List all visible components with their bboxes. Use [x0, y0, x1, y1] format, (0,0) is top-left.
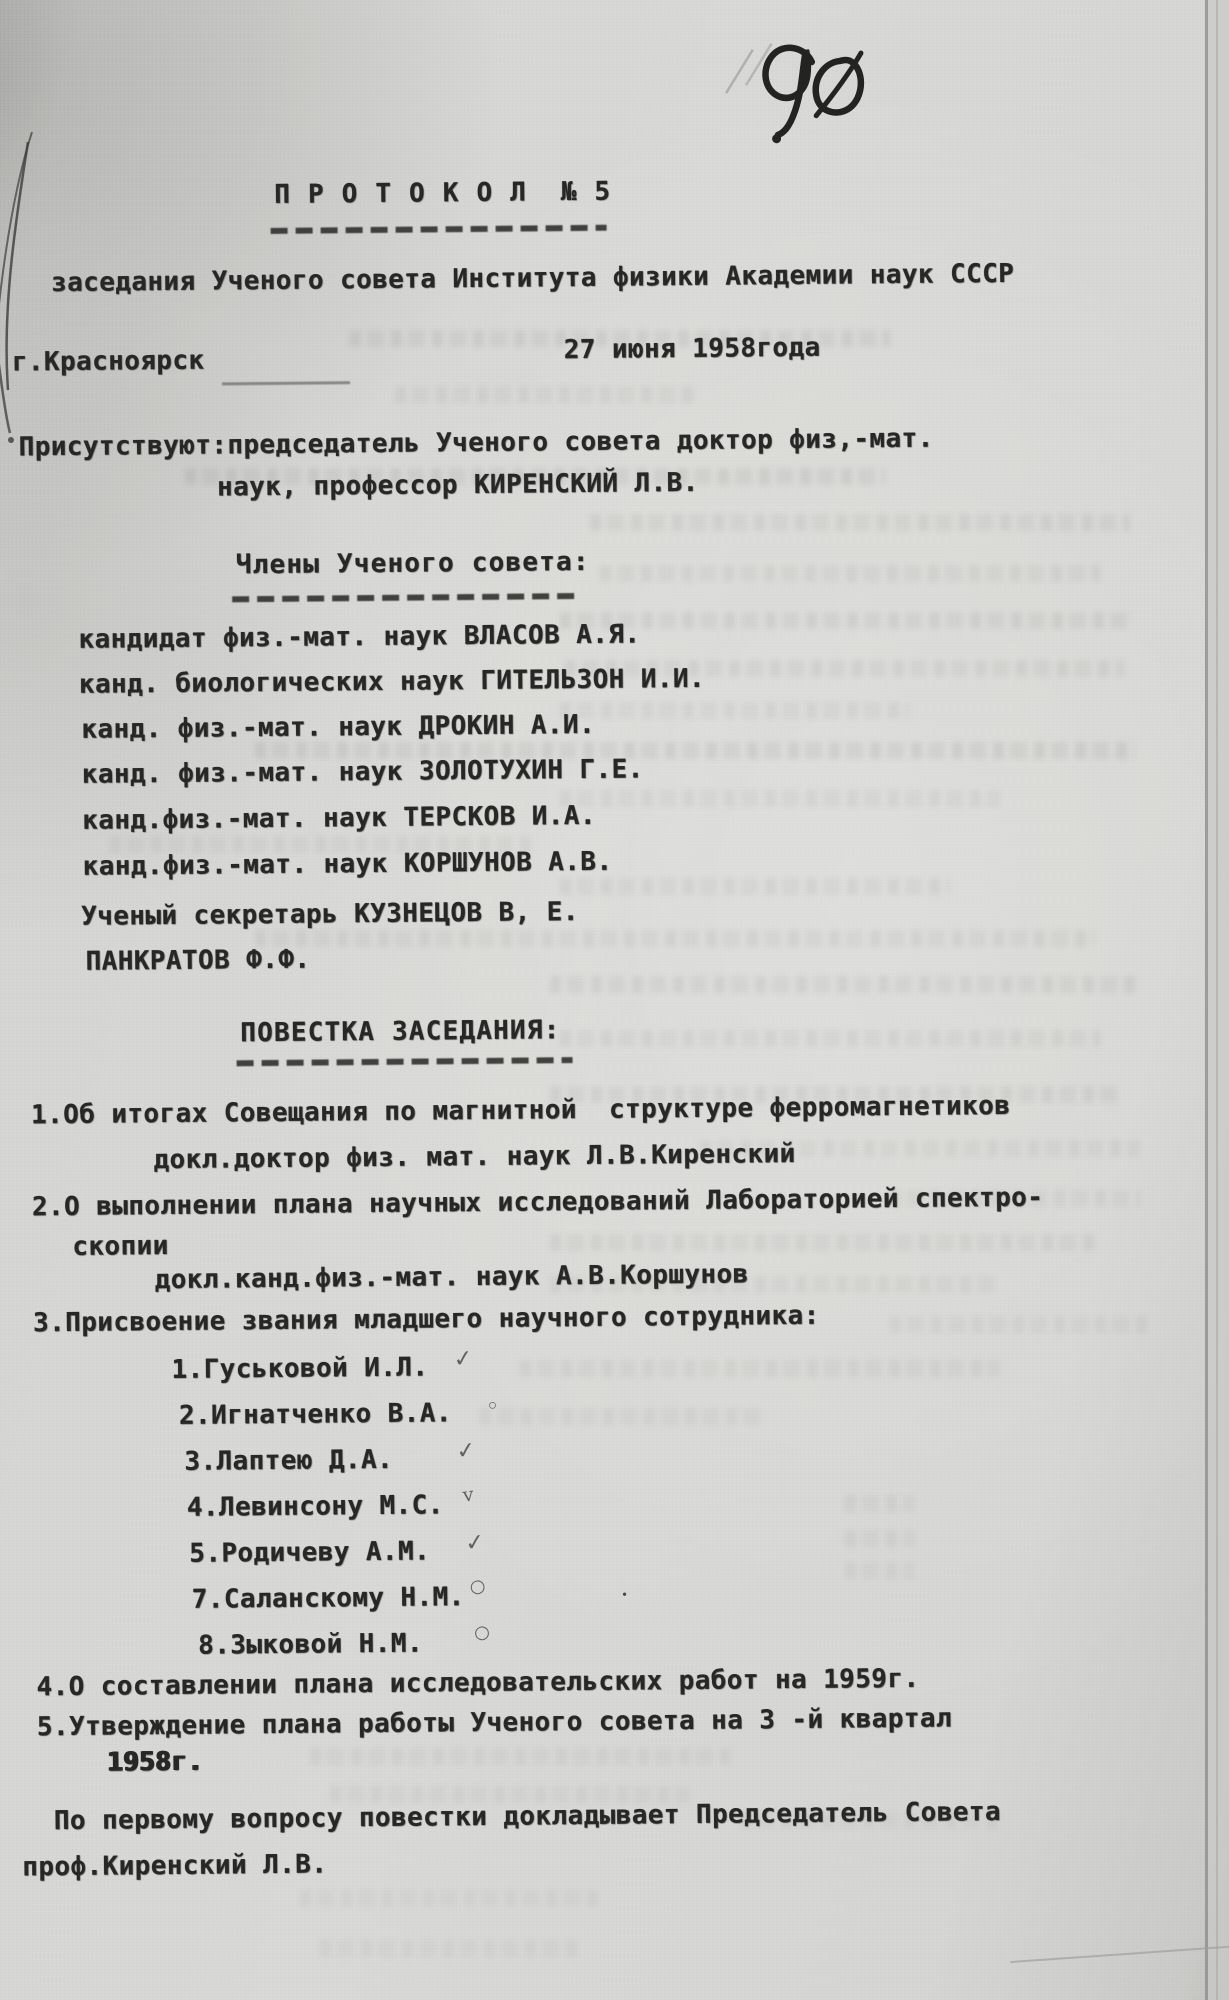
- nominee-row: 3.Лаптею Д.А.: [184, 1445, 393, 1477]
- member-row: Ученый секретарь КУЗНЕЦОВ В, Е.: [81, 897, 579, 932]
- nominee-row: 8.Зыковой Н.М.: [198, 1629, 423, 1661]
- member-row: канд.физ.-мат. наук ТЕРСКОВ И.А.: [82, 801, 596, 836]
- attendees-line-1: Присутствуют:председатель Ученого совета…: [19, 424, 934, 463]
- scanned-protocol-document: 90 П Р О Т О К О Л № 5 заседания Ученого…: [0, 0, 1229, 2000]
- nominee-row: 4.Левинсону М.С.: [187, 1490, 444, 1522]
- nominee-pen-mark: ✓: [452, 1345, 474, 1373]
- agenda-item-3: 3.Присвоение звания младшего научного со…: [33, 1301, 820, 1339]
- page-edge-shading: [1208, 0, 1229, 2000]
- members-dashed-underline: [232, 593, 574, 602]
- member-row: канд. физ.-мат. наук ЗОЛОТУХИН Г.Е.: [82, 754, 644, 789]
- agenda-item-2-speaker: докл.канд.физ.-мат. наук А.В.Коршунов: [155, 1259, 749, 1295]
- protocol-subtitle: заседания Ученого совета Института физик…: [51, 259, 1014, 298]
- closing-line-1: По первому вопросу повестки докладывает …: [54, 1797, 1001, 1836]
- member-row: канд.физ.-мат. наук КОРШУНОВ А.В.: [83, 847, 613, 882]
- nominee-row: 5.Родичеву А.М.: [189, 1536, 430, 1568]
- agenda-item-2-continuation: скопии: [72, 1231, 169, 1262]
- nominee-row: 1.Гуськовой И.Л.: [171, 1352, 428, 1384]
- members-heading: Члены Ученого совета:: [236, 547, 590, 580]
- nominee-pen-mark: ○: [469, 1575, 487, 1598]
- page-edge-line-2: [1216, 0, 1218, 2000]
- closing-line-2: проф.Киренский Л.В.: [22, 1849, 327, 1882]
- nominee-pen-mark: ✓: [455, 1437, 477, 1465]
- nominee-row: 7.Саланскому Н.М.: [192, 1582, 465, 1615]
- agenda-item-5-continuation: 1958г.: [107, 1747, 204, 1778]
- agenda-dashed-underline: [237, 1057, 573, 1066]
- nominee-pen-mark: v: [462, 1484, 475, 1507]
- title-dashed-underline: [271, 225, 607, 234]
- agenda-item-2: 2.О выполнении плана научных исследовани…: [32, 1183, 1044, 1223]
- protocol-city: г.Красноярск: [12, 346, 205, 378]
- agenda-heading: ПОВЕСТКА ЗАСЕДАНИЯ:: [240, 1015, 560, 1048]
- city-underline: [222, 381, 350, 385]
- agenda-item-5: 5.Утверждение плана работы Ученого совет…: [37, 1703, 952, 1742]
- attendees-line-2: наук, профессор КИРЕНСКИЙ Л.В.: [217, 468, 699, 503]
- typed-content: П Р О Т О К О Л № 5 заседания Ученого со…: [0, 0, 1229, 2000]
- stray-ink-dot: .: [618, 1572, 630, 1603]
- member-row: канд. физ.-мат. наук ДРОКИН А.И.: [81, 710, 595, 745]
- nominee-pen-mark: ○: [473, 1621, 491, 1644]
- page-edge-line: [1205, 0, 1208, 2000]
- nominee-row: 2.Игнатченко В.А.: [179, 1398, 452, 1431]
- protocol-date: 27 июня 1958года: [564, 333, 821, 365]
- protocol-title: П Р О Т О К О Л № 5: [274, 177, 611, 210]
- agenda-item-4: 4.О составлении плана исследовательских …: [36, 1664, 919, 1702]
- agenda-item-1-speaker: докл.доктор физ. мат. наук Л.В.Киренский: [153, 1139, 795, 1175]
- nominee-pen-mark: ✓: [464, 1529, 486, 1557]
- member-row: кандидат физ.-мат. наук ВЛАСОВ А.Я.: [78, 619, 640, 654]
- nominee-pen-mark: ◦: [484, 1393, 500, 1420]
- member-row: ПАНКРАТОВ Ф.Ф.: [85, 945, 310, 977]
- member-row: канд. биологических наук ГИТЕЛЬЗОН И.И.: [79, 664, 705, 700]
- agenda-item-1: 1.Об итогах Совещания по магнитной струк…: [31, 1091, 1011, 1130]
